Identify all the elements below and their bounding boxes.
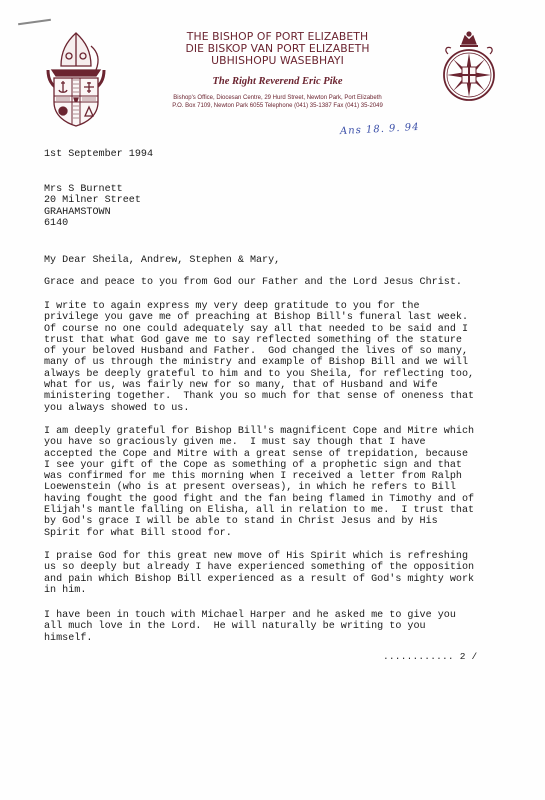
greeting-paragraph: Grace and peace to you from God our Fath… [44,277,462,288]
recipient-name: Mrs S Burnett [44,184,141,195]
office-address: Bishop's Office, Diocesan Centre, 29 Hur… [150,94,405,102]
salutation: My Dear Sheila, Andrew, Stephen & Mary, [44,255,280,266]
cope-mitre-paragraph: I am deeply grateful for Bishop Bill's m… [44,426,474,539]
praise-paragraph: I praise God for this great new move of … [44,551,474,596]
letter-date: 1st September 1994 [44,149,153,160]
recipient-street: 20 Milner Street [44,195,141,206]
bishop-name: The Right Reverend Eric Pike [150,76,405,87]
recipient-postcode: 6140 [44,218,141,229]
recipient-address: Mrs S Burnett20 Milner StreetGRAHAMSTOWN… [44,184,141,229]
continuation-marker: ............ 2 / [383,651,477,662]
handwritten-annotation: Ans 18. 9. 94 [340,122,420,137]
letterhead-title-xhosa: UBHISHOPU WASEBHAYI [150,55,405,67]
diocesan-crest-icon [44,30,108,128]
contact-details: P.O. Box 7109, Newton Park 6055 Telephon… [150,102,405,110]
compass-rose-crest-icon [438,30,500,104]
letter-page: THE BISHOP OF PORT ELIZABETH DIE BISKOP … [0,0,545,800]
scan-artifact [18,19,51,26]
gratitude-paragraph: I write to again express my very deep gr… [44,301,474,414]
recipient-town: GRAHAMSTOWN [44,207,141,218]
michael-harper-paragraph: I have been in touch with Michael Harper… [44,610,456,644]
